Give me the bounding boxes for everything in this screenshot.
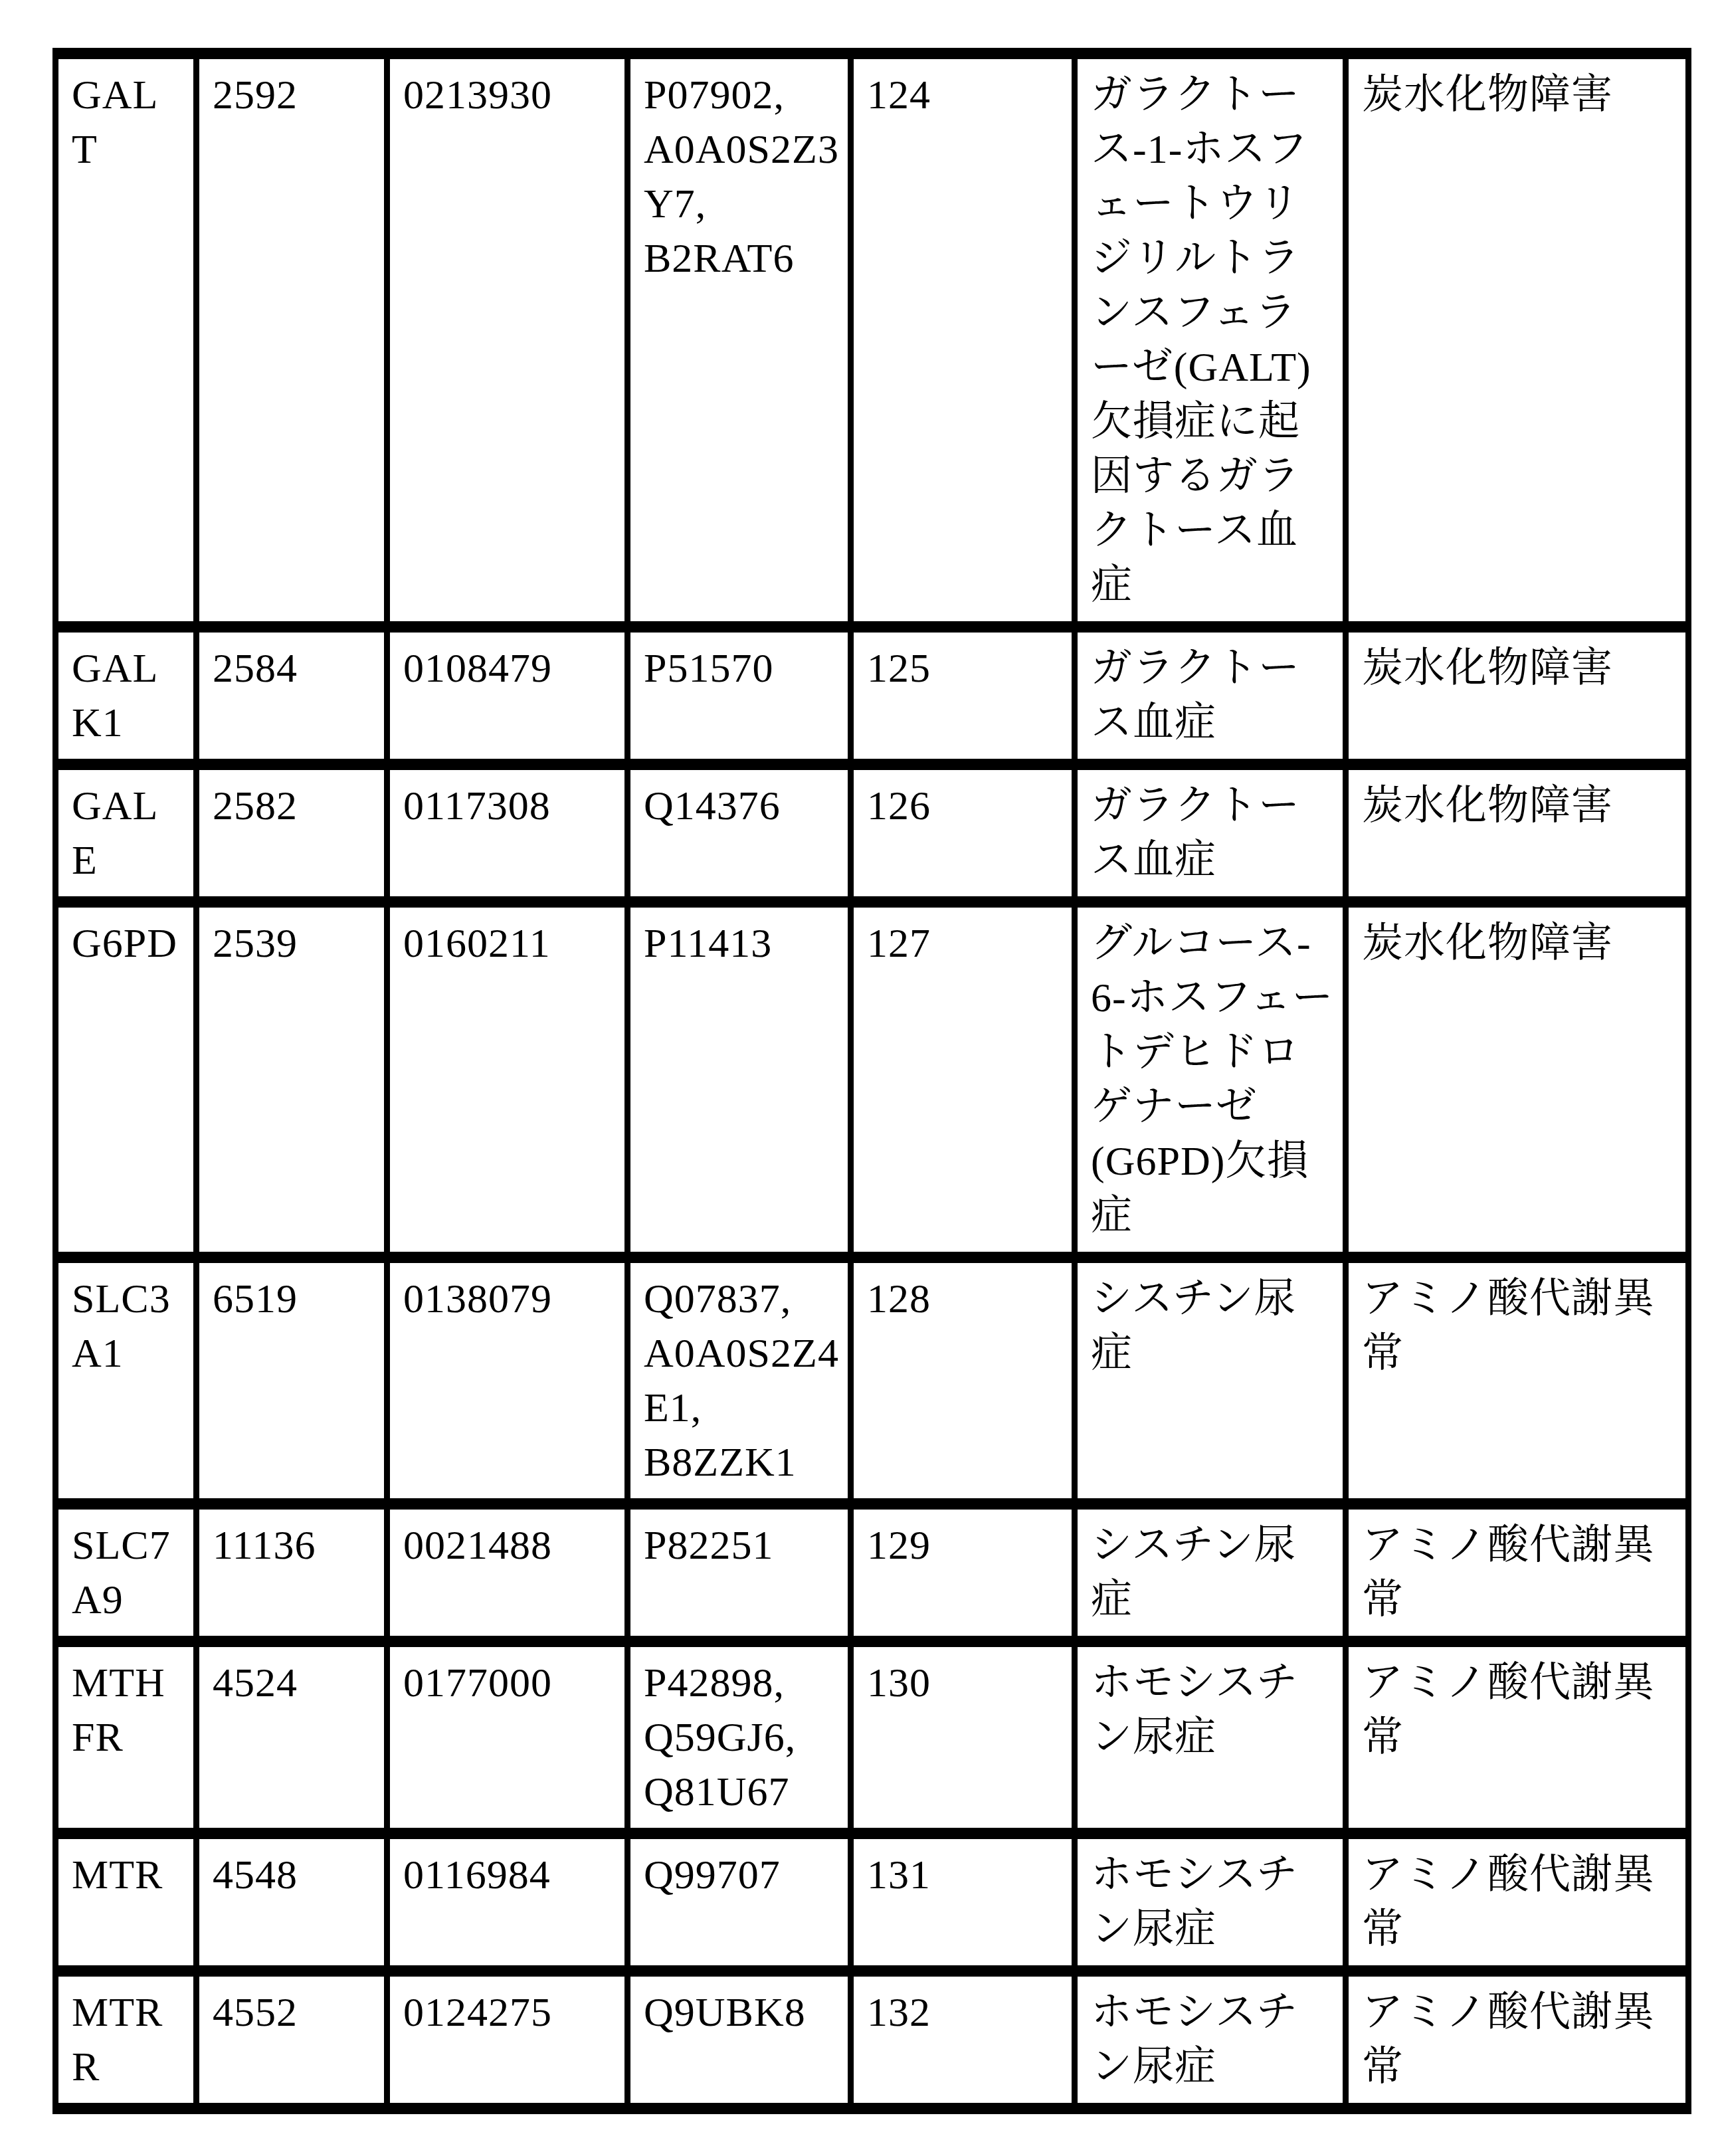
cell-disease-name: ガラクトー ス-1-ホスフ ェートウリ ジリルトラ ンスフェラ ーゼ(GALT)… bbox=[1075, 54, 1346, 627]
cell-disease-name: グルコース- 6-ホスフェー トデヒドロ ゲナーゼ (G6PD)欠損 症 bbox=[1075, 902, 1346, 1258]
cell-uniprot-ids: Q14376 bbox=[628, 765, 851, 902]
cell-disease-name: シスチン尿 症 bbox=[1075, 1504, 1346, 1642]
cell-gene-symbol: MTH FR bbox=[56, 1642, 197, 1834]
cell-disease-name: ホモシスチ ン尿症 bbox=[1075, 1971, 1346, 2109]
table-row: MTH FR 4524 0177000 P42898, Q59GJ6, Q81U… bbox=[56, 1642, 1689, 1834]
cell-disease-name: ホモシスチ ン尿症 bbox=[1075, 1834, 1346, 1971]
gene-disease-table: GAL T 2592 0213930 P07902, A0A0S2Z3 Y7, … bbox=[52, 48, 1691, 2114]
cell-seq-id-number: 124 bbox=[851, 54, 1075, 627]
cell-gene-id: 11136 bbox=[197, 1504, 387, 1642]
cell-uniprot-ids: Q99707 bbox=[628, 1834, 851, 1971]
cell-gene-symbol: MTR R bbox=[56, 1971, 197, 2109]
cell-gene-symbol: SLC7 A9 bbox=[56, 1504, 197, 1642]
cell-disease-category: アミノ酸代謝異 常 bbox=[1346, 1642, 1689, 1834]
cell-seq-id-number: 127 bbox=[851, 902, 1075, 1258]
cell-uniprot-ids: P42898, Q59GJ6, Q81U67 bbox=[628, 1642, 851, 1834]
table-row: GAL E 2582 0117308 Q14376 126 ガラクトー ス血症 … bbox=[56, 765, 1689, 902]
cell-reference-number: 0124275 bbox=[387, 1971, 628, 2109]
cell-uniprot-ids: P11413 bbox=[628, 902, 851, 1258]
cell-gene-id: 2592 bbox=[197, 54, 387, 627]
cell-disease-name: ガラクトー ス血症 bbox=[1075, 627, 1346, 765]
table-row: SLC7 A9 11136 0021488 P82251 129 シスチン尿 症… bbox=[56, 1504, 1689, 1642]
table-row: GAL T 2592 0213930 P07902, A0A0S2Z3 Y7, … bbox=[56, 54, 1689, 627]
table-row: MTR 4548 0116984 Q99707 131 ホモシスチ ン尿症 アミ… bbox=[56, 1834, 1689, 1971]
cell-gene-symbol: SLC3 A1 bbox=[56, 1258, 197, 1504]
cell-disease-category: 炭水化物障害 bbox=[1346, 54, 1689, 627]
table-row: GAL K1 2584 0108479 P51570 125 ガラクトー ス血症… bbox=[56, 627, 1689, 765]
cell-gene-id: 4548 bbox=[197, 1834, 387, 1971]
cell-disease-name: ホモシスチ ン尿症 bbox=[1075, 1642, 1346, 1834]
cell-seq-id-number: 131 bbox=[851, 1834, 1075, 1971]
cell-seq-id-number: 132 bbox=[851, 1971, 1075, 2109]
cell-seq-id-number: 126 bbox=[851, 765, 1075, 902]
cell-seq-id-number: 129 bbox=[851, 1504, 1075, 1642]
table-row: SLC3 A1 6519 0138079 Q07837, A0A0S2Z4 E1… bbox=[56, 1258, 1689, 1504]
cell-gene-id: 4524 bbox=[197, 1642, 387, 1834]
cell-gene-symbol: MTR bbox=[56, 1834, 197, 1971]
cell-disease-category: アミノ酸代謝異 常 bbox=[1346, 1504, 1689, 1642]
cell-gene-id: 4552 bbox=[197, 1971, 387, 2109]
cell-gene-id: 6519 bbox=[197, 1258, 387, 1504]
table-row: G6PD 2539 0160211 P11413 127 グルコース- 6-ホス… bbox=[56, 902, 1689, 1258]
cell-uniprot-ids: P82251 bbox=[628, 1504, 851, 1642]
cell-reference-number: 0160211 bbox=[387, 902, 628, 1258]
cell-reference-number: 0177000 bbox=[387, 1642, 628, 1834]
cell-disease-category: 炭水化物障害 bbox=[1346, 627, 1689, 765]
cell-disease-category: アミノ酸代謝異 常 bbox=[1346, 1834, 1689, 1971]
cell-seq-id-number: 125 bbox=[851, 627, 1075, 765]
cell-gene-symbol: GAL T bbox=[56, 54, 197, 627]
cell-gene-symbol: GAL K1 bbox=[56, 627, 197, 765]
cell-disease-category: アミノ酸代謝異 常 bbox=[1346, 1971, 1689, 2109]
cell-reference-number: 0117308 bbox=[387, 765, 628, 902]
cell-uniprot-ids: Q07837, A0A0S2Z4 E1, B8ZZK1 bbox=[628, 1258, 851, 1504]
table-row: MTR R 4552 0124275 Q9UBK8 132 ホモシスチ ン尿症 … bbox=[56, 1971, 1689, 2109]
cell-disease-category: 炭水化物障害 bbox=[1346, 765, 1689, 902]
cell-seq-id-number: 128 bbox=[851, 1258, 1075, 1504]
cell-disease-category: 炭水化物障害 bbox=[1346, 902, 1689, 1258]
cell-reference-number: 0108479 bbox=[387, 627, 628, 765]
cell-seq-id-number: 130 bbox=[851, 1642, 1075, 1834]
cell-uniprot-ids: Q9UBK8 bbox=[628, 1971, 851, 2109]
cell-uniprot-ids: P51570 bbox=[628, 627, 851, 765]
cell-uniprot-ids: P07902, A0A0S2Z3 Y7, B2RAT6 bbox=[628, 54, 851, 627]
cell-disease-name: シスチン尿 症 bbox=[1075, 1258, 1346, 1504]
cell-reference-number: 0138079 bbox=[387, 1258, 628, 1504]
cell-disease-category: アミノ酸代謝異 常 bbox=[1346, 1258, 1689, 1504]
cell-reference-number: 0213930 bbox=[387, 54, 628, 627]
document-page: GAL T 2592 0213930 P07902, A0A0S2Z3 Y7, … bbox=[0, 0, 1716, 2156]
cell-gene-symbol: G6PD bbox=[56, 902, 197, 1258]
cell-gene-id: 2582 bbox=[197, 765, 387, 902]
cell-gene-symbol: GAL E bbox=[56, 765, 197, 902]
cell-reference-number: 0116984 bbox=[387, 1834, 628, 1971]
cell-gene-id: 2539 bbox=[197, 902, 387, 1258]
cell-disease-name: ガラクトー ス血症 bbox=[1075, 765, 1346, 902]
cell-gene-id: 2584 bbox=[197, 627, 387, 765]
cell-reference-number: 0021488 bbox=[387, 1504, 628, 1642]
